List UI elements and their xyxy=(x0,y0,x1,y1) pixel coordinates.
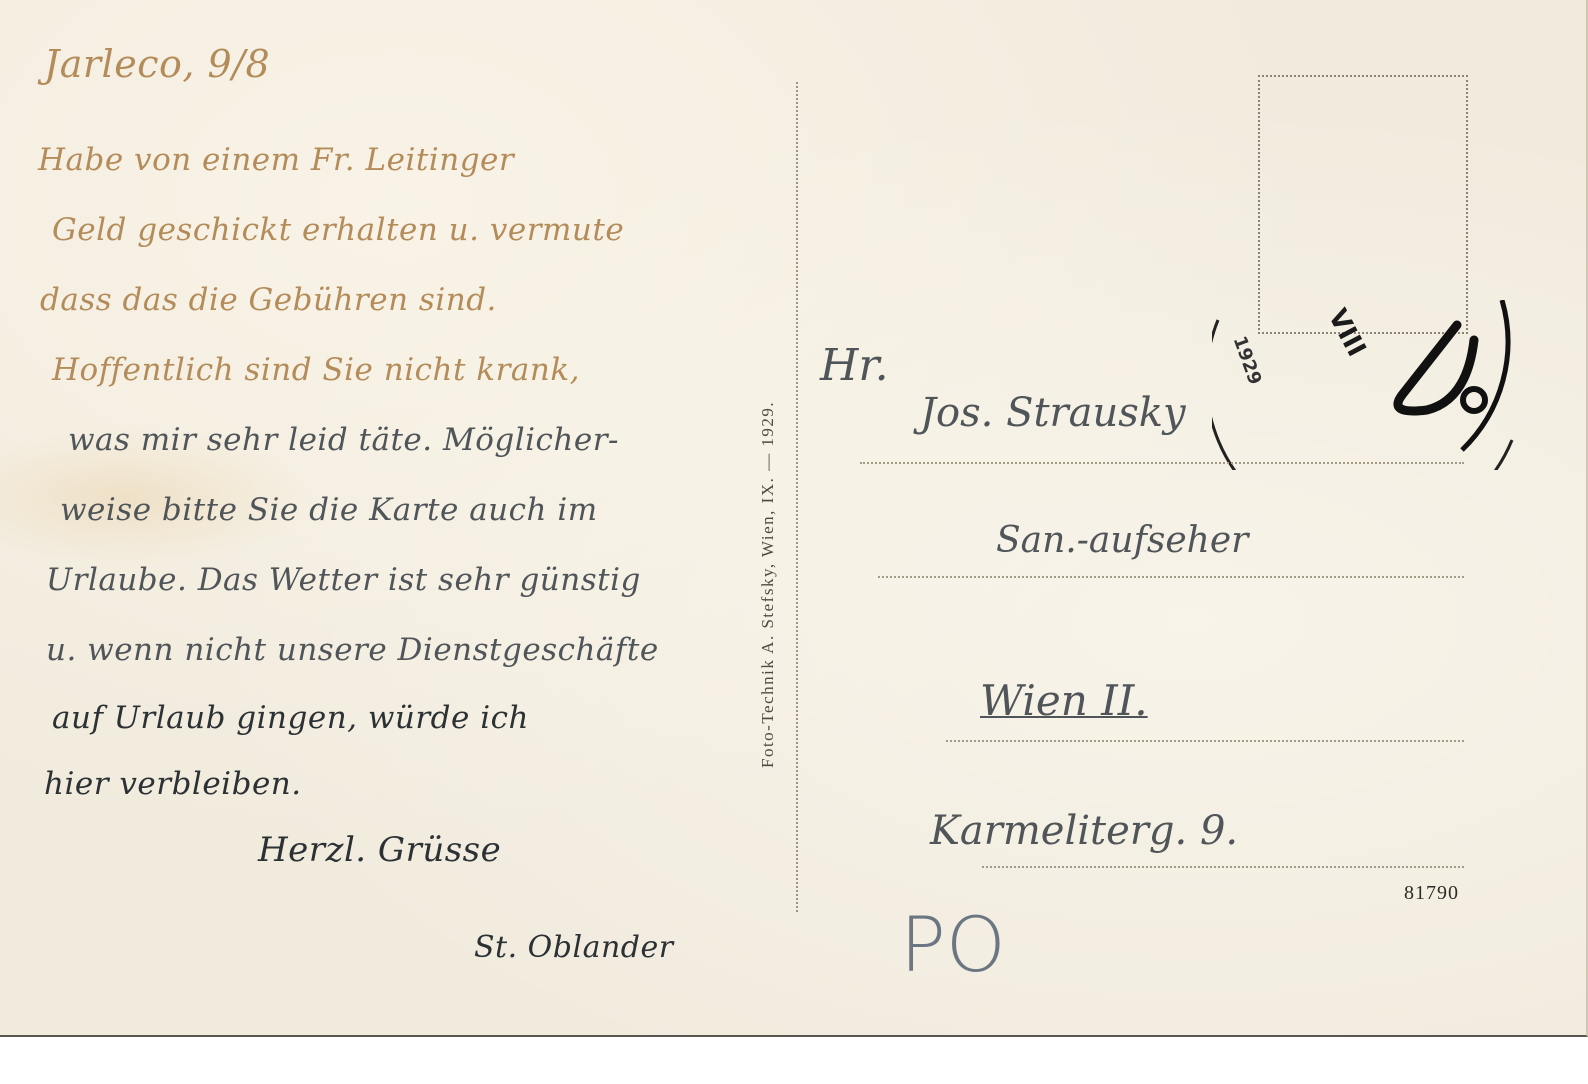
address-line-3 xyxy=(946,740,1464,742)
serial-number: 81790 xyxy=(1404,882,1459,905)
postmark: VIII 1929 xyxy=(1212,300,1522,470)
message-line: dass das die Gebühren sind. xyxy=(40,282,497,318)
message-line: hier verbleiben. xyxy=(44,766,302,802)
address-title: San.-aufseher xyxy=(996,520,1248,561)
message-line: Hoffentlich sind Sie nicht krank, xyxy=(52,352,580,388)
stamp-box xyxy=(1258,75,1468,334)
address-line-2 xyxy=(878,576,1464,578)
message-line: Urlaube. Das Wetter ist sehr günstig xyxy=(46,562,641,598)
message-line: auf Urlaub gingen, würde ich xyxy=(52,700,529,736)
message-line: Habe von einem Fr. Leitinger xyxy=(38,142,514,178)
message-closing: Herzl. Grüsse xyxy=(258,830,501,870)
pencil-mark: PO xyxy=(900,900,1006,989)
message-dateline: Jarleco, 9/8 xyxy=(44,42,270,86)
message-line: u. wenn nicht unsere Dienstgeschäfte xyxy=(46,632,659,668)
address-recipient: Jos. Strausky xyxy=(920,390,1186,436)
address-street: Karmeliterg. 9. xyxy=(930,808,1238,854)
message-line: Geld geschickt erhalten u. vermute xyxy=(52,212,624,248)
address-line-4 xyxy=(982,866,1464,868)
address-city: Wien II. xyxy=(980,676,1148,725)
postcard: Jarleco, 9/8 Habe von einem Fr. Leitinge… xyxy=(0,0,1588,1037)
postmark-ring-icon xyxy=(1212,300,1522,470)
message-line: weise bitte Sie die Karte auch im xyxy=(60,492,598,528)
message-line: was mir sehr leid täte. Möglicher- xyxy=(68,422,619,458)
address-salutation: Hr. xyxy=(820,340,889,391)
message-signature: St. Oblander xyxy=(474,930,674,965)
printer-imprint: Foto-Technik A. Stefsky, Wien, IX. — 192… xyxy=(758,401,778,768)
center-divider xyxy=(796,82,798,912)
address-line-1 xyxy=(860,462,1464,464)
